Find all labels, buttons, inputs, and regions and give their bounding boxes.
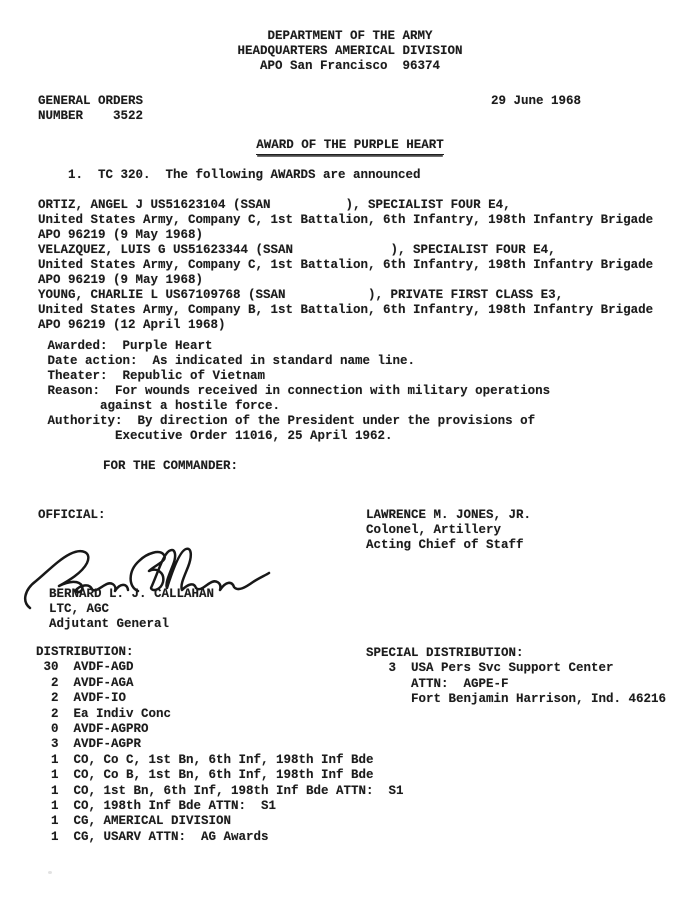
awardee-ortiz-unit-line: United States Army, Company C, 1st Batta… — [38, 213, 653, 228]
approver-block: LAWRENCE M. JONES, JR. Colonel, Artiller… — [366, 508, 531, 553]
distribution-item: 1 CO, 1st Bn, 6th Inf, 198th Inf Bde ATT… — [36, 784, 404, 799]
distribution-item: 2 AVDF-IO — [36, 691, 404, 706]
title-block: AWARD OF THE PURPLE HEART — [0, 138, 700, 155]
distribution-block: DISTRIBUTION: 30 AVDF-AGD 2 AVDF-AGA 2 A… — [36, 645, 404, 845]
for-commander-line: FOR THE COMMANDER: — [103, 459, 238, 474]
signer-title: Adjutant General — [49, 617, 214, 632]
awardee-young-name-line: YOUNG, CHARLIE L US67109768 (SSAN ), PRI… — [38, 288, 653, 303]
awardee-ortiz-name-line: ORTIZ, ANGEL J US51623104 (SSAN ), SPECI… — [38, 198, 653, 213]
special-distribution-heading: SPECIAL DISTRIBUTION: — [366, 646, 666, 661]
approver-title: Acting Chief of Staff — [366, 538, 531, 553]
order-number: NUMBER 3522 — [38, 109, 143, 124]
distribution-item: 1 CG, USARV ATTN: AG Awards — [36, 830, 404, 845]
scan-smudge — [48, 871, 52, 874]
distribution-item: 2 Ea Indiv Conc — [36, 707, 404, 722]
approver-rank: Colonel, Artillery — [366, 523, 531, 538]
detail-reason-line1: Reason: For wounds received in connectio… — [40, 384, 550, 399]
letterhead-line-headquarters: HEADQUARTERS AMERICAL DIVISION — [0, 44, 700, 59]
general-orders-label: GENERAL ORDERS — [38, 94, 143, 109]
distribution-item: 2 AVDF-AGA — [36, 676, 404, 691]
detail-authority-line2: Executive Order 11016, 25 April 1962. — [40, 429, 550, 444]
document-title: AWARD OF THE PURPLE HEART — [256, 138, 444, 155]
signer-block: BERNARD L. J. CALLAHAN LTC, AGC Adjutant… — [49, 587, 214, 632]
special-distribution-item: Fort Benjamin Harrison, Ind. 46216 — [366, 692, 666, 707]
special-distribution-item: 3 USA Pers Svc Support Center — [366, 661, 666, 676]
distribution-item: 30 AVDF-AGD — [36, 660, 404, 675]
distribution-item: 0 AVDF-AGPRO — [36, 722, 404, 737]
document-date: 29 June 1968 — [491, 94, 581, 109]
date-block: 29 June 1968 — [491, 94, 581, 109]
official-label: OFFICIAL: — [38, 508, 106, 523]
detail-awarded: Awarded: Purple Heart — [40, 339, 550, 354]
special-distribution-block: SPECIAL DISTRIBUTION: 3 USA Pers Svc Sup… — [366, 646, 666, 708]
signer-name: BERNARD L. J. CALLAHAN — [49, 587, 214, 602]
letterhead-line-department: DEPARTMENT OF THE ARMY — [0, 29, 700, 44]
letterhead: DEPARTMENT OF THE ARMY HEADQUARTERS AMER… — [0, 29, 700, 74]
awardee-young-unit-line: United States Army, Company B, 1st Batta… — [38, 303, 653, 318]
document-page: DEPARTMENT OF THE ARMY HEADQUARTERS AMER… — [0, 0, 700, 919]
approver-name: LAWRENCE M. JONES, JR. — [366, 508, 531, 523]
detail-reason-line2: against a hostile force. — [40, 399, 550, 414]
award-details: Awarded: Purple Heart Date action: As in… — [40, 339, 550, 444]
intro-line: 1. TC 320. The following AWARDS are anno… — [38, 168, 421, 183]
awardee-velazquez-unit-line: United States Army, Company C, 1st Batta… — [38, 258, 653, 273]
distribution-heading: DISTRIBUTION: — [36, 645, 404, 660]
detail-date-action: Date action: As indicated in standard na… — [40, 354, 550, 369]
awardee-velazquez-name-line: VELAZQUEZ, LUIS G US51623344 (SSAN ), SP… — [38, 243, 653, 258]
awardee-velazquez-apo-line: APO 96219 (9 May 1968) — [38, 273, 653, 288]
distribution-item: 1 CG, AMERICAL DIVISION — [36, 814, 404, 829]
letterhead-line-apo: APO San Francisco 96374 — [0, 59, 700, 74]
signer-rank: LTC, AGC — [49, 602, 214, 617]
special-distribution-item: ATTN: AGPE-F — [366, 677, 666, 692]
official-block: OFFICIAL: — [38, 508, 106, 523]
detail-theater: Theater: Republic of Vietnam — [40, 369, 550, 384]
awardee-young-apo-line: APO 96219 (12 April 1968) — [38, 318, 653, 333]
awardee-list: ORTIZ, ANGEL J US51623104 (SSAN ), SPECI… — [38, 198, 653, 333]
detail-authority-line1: Authority: By direction of the President… — [40, 414, 550, 429]
distribution-item: 3 AVDF-AGPR — [36, 737, 404, 752]
distribution-item: 1 CO, Co C, 1st Bn, 6th Inf, 198th Inf B… — [36, 753, 404, 768]
distribution-item: 1 CO, Co B, 1st Bn, 6th Inf, 198th Inf B… — [36, 768, 404, 783]
for-commander-block: FOR THE COMMANDER: — [103, 459, 238, 474]
intro-paragraph: 1. TC 320. The following AWARDS are anno… — [38, 168, 421, 183]
order-number-block: GENERAL ORDERS NUMBER 3522 — [38, 94, 143, 124]
distribution-item: 1 CO, 198th Inf Bde ATTN: S1 — [36, 799, 404, 814]
awardee-ortiz-apo-line: APO 96219 (9 May 1968) — [38, 228, 653, 243]
